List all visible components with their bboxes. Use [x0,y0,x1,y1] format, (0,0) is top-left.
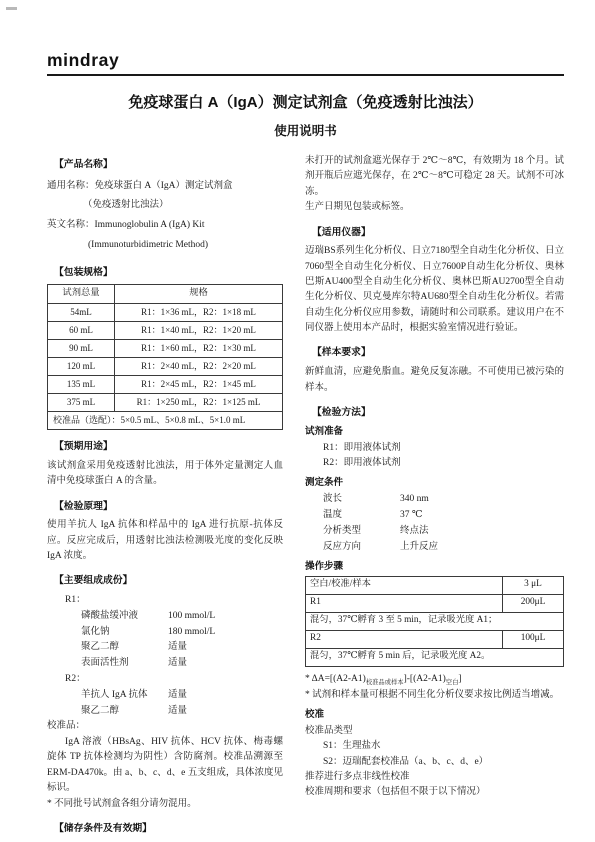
table-note-row: 混匀，37℃孵育 5 min 后，记录吸光度 A2。 [306,648,564,666]
english-name-line2: (Immunoturbidimetric Method) [47,236,283,256]
qty-cell: 54mL [48,303,115,321]
table-row: R2 100μL [306,630,564,648]
heading-applicable-instruments: 【适用仪器】 [305,226,564,240]
packaging-header-row: 试剂总量 规格 [48,285,283,303]
qty-cell: 375 mL [48,394,115,412]
page-header: mindray [47,50,564,76]
ingredient-name: 羊抗人 IgA 抗体 [47,688,168,704]
formula-subscript: 校准品或样本 [366,679,404,686]
volume-adjustment-note: * 试剂和样本量可根据不同生化分析仪要求按比例适当增减。 [305,688,564,703]
composition-row: 氯化钠 180 mmol/L [47,625,283,641]
calibrator-type-label: 校准品类型 [305,724,564,739]
step-label: 空白/校准/样本 [306,576,503,594]
condition-value: 340 nm [400,492,564,508]
condition-row: 温度 37 ℃ [305,508,564,524]
formula-part: * ΔA=[(A2-A1) [305,674,366,684]
ingredient-value: 适量 [168,640,283,656]
mindray-logo: mindray [47,50,119,70]
ingredient-name: 聚乙二醇 [47,704,168,720]
ingredient-name: 磷酸盐缓冲液 [47,609,168,625]
ingredient-value: 100 mmol/L [168,609,283,625]
delta-a-formula: * ΔA=[(A2-A1)校准品或样本]-[(A2-A1)空白] [305,671,564,689]
step-label: R2 [306,630,503,648]
heading-storage-conditions: 【储存条件及有效期】 [47,822,283,836]
operation-steps-table: 空白/校准/样本 3 μL R1 200μL 混匀，37℃孵育 3 至 5 mi… [305,576,564,667]
step-label: R1 [306,594,503,612]
spec-cell: R1：2×40 mL，R2：2×20 mL [115,358,283,376]
heading-test-method: 【检验方法】 [305,406,564,420]
storage-text-continued: 未打开的试剂盒遮光保存于 2℃～8℃，有效期为 18 个月。试剂开瓶后应遮光保存… [305,154,564,200]
calibrator-description: IgA 溶液（HBsAg、HIV 抗体、HCV 抗体、梅毒螺旋体 TP 抗体检测… [47,735,283,797]
packaging-col-spec: 规格 [115,285,283,303]
composition-row: 磷酸盐缓冲液 100 mmol/L [47,609,283,625]
heading-composition: 【主要组成成份】 [47,574,283,588]
condition-value: 上升反应 [400,540,564,556]
english-name-line1: 英文名称：Immunoglobulin A (IgA) Kit [47,216,283,236]
lot-mixing-note: * 不同批号试剂盒各组分请勿混用。 [47,797,283,812]
step-volume: 100μL [503,630,564,648]
r1-label: R1： [47,593,283,609]
spec-cell: R1：1×250 mL，R2：1×125 mL [115,394,283,412]
heading-intended-use: 【预期用途】 [47,440,283,454]
ingredient-value: 适量 [168,656,283,672]
heading-packaging-spec: 【包装规格】 [47,266,283,280]
incubation-note-2: 混匀，37℃孵育 5 min 后，记录吸光度 A2。 [306,648,564,666]
qty-cell: 120 mL [48,358,115,376]
qty-cell: 60 mL [48,321,115,339]
scan-artifact-mark [6,7,17,10]
condition-row: 反应方向 上升反应 [305,540,564,556]
calibrator-option-cell: 校准品（选配）：5×0.5 mL、5×0.8 mL、5×1.0 mL [48,412,283,430]
table-row: 90 mL R1：1×60 mL，R2：1×30 mL [48,339,283,357]
ingredient-name: 聚乙二醇 [47,640,168,656]
r2-label: R2： [47,672,283,688]
calibrator-s2: S2：迈瑞配套校准品（a、b、c、d、e） [305,755,564,770]
condition-name: 温度 [305,508,400,524]
subheading-measurement-conditions: 测定条件 [305,476,564,490]
table-row: 60 mL R1：1×40 mL，R2：1×20 mL [48,321,283,339]
formula-part: ] [458,674,461,684]
test-principle-text: 使用羊抗人 IgA 抗体和样品中的 IgA 进行抗原-抗体反应。反应完成后，用透… [47,518,283,564]
calibrator-label: 校准品： [47,719,283,735]
product-name-block: 通用名称：免疫球蛋白 A（IgA）测定试剂盒 （免疫透射比浊法） 英文名称：Im… [47,177,283,256]
page-subtitle: 使用说明书 [47,121,564,139]
qty-cell: 90 mL [48,339,115,357]
right-column: 未打开的试剂盒遮光保存于 2℃～8℃，有效期为 18 个月。试剂开瓶后应遮光保存… [305,154,564,841]
ingredient-name: 氯化钠 [47,625,168,641]
reagent-prep-item: R2：即用液体试剂 [305,456,564,471]
subheading-reagent-preparation: 试剂准备 [305,425,564,439]
reagent-prep-item: R1：即用液体试剂 [305,441,564,456]
composition-row: 羊抗人 IgA 抗体 适量 [47,688,283,704]
instruction-sheet-page: mindray 免疫球蛋白 A（IgA）测定试剂盒（免疫透射比浊法） 使用说明书… [0,0,595,842]
two-column-body: 【产品名称】 通用名称：免疫球蛋白 A（IgA）测定试剂盒 （免疫透射比浊法） … [47,154,564,841]
calibration-cycle: 校准周期和要求（包括但不限于以下情况） [305,785,564,800]
condition-name: 反应方向 [305,540,400,556]
qty-cell: 135 mL [48,376,115,394]
heading-test-principle: 【检验原理】 [47,500,283,514]
generic-name-line1: 通用名称：免疫球蛋白 A（IgA）测定试剂盒 [47,177,283,197]
condition-row: 分析类型 终点法 [305,524,564,540]
spec-cell: R1：1×60 mL，R2：1×30 mL [115,339,283,357]
heading-product-name: 【产品名称】 [47,158,283,172]
left-column: 【产品名称】 通用名称：免疫球蛋白 A（IgA）测定试剂盒 （免疫透射比浊法） … [47,154,283,841]
composition-row: 聚乙二醇 适量 [47,640,283,656]
table-row: R1 200μL [306,594,564,612]
condition-name: 波长 [305,492,400,508]
step-volume: 200μL [503,594,564,612]
page-title: 免疫球蛋白 A（IgA）测定试剂盒（免疫透射比浊法） [47,91,564,112]
production-date-text: 生产日期见包装或标签。 [305,200,564,215]
ingredient-value: 适量 [168,688,283,704]
composition-row: 聚乙二醇 适量 [47,704,283,720]
table-row: 120 mL R1：2×40 mL，R2：2×20 mL [48,358,283,376]
sample-requirements-text: 新鲜血清，应避免脂血。避免反复冻融。不可使用已被污染的样本。 [305,365,564,396]
calibrator-s1: S1：生理盐水 [305,739,564,754]
composition-row: 表面活性剂 适量 [47,656,283,672]
intended-use-text: 该试剂盒采用免疫透射比浊法，用于体外定量测定人血清中免疫球蛋白 A 的含量。 [47,459,283,490]
subheading-operation-steps: 操作步骤 [305,560,564,574]
step-volume: 3 μL [503,576,564,594]
subheading-calibration: 校准 [305,708,564,722]
generic-name-line2: （免疫透射比浊法） [47,196,283,216]
incubation-note-1: 混匀，37℃孵育 3 至 5 min，记录吸光度 A1； [306,612,564,630]
condition-value: 终点法 [400,524,564,540]
heading-sample-requirements: 【样本要求】 [305,346,564,360]
spec-cell: R1：2×45 mL，R2：1×45 mL [115,376,283,394]
formula-subscript: 空白 [446,679,459,686]
packaging-table: 试剂总量 规格 54mL R1：1×36 mL，R2：1×18 mL 60 mL… [47,284,283,430]
ingredient-value: 180 mmol/L [168,625,283,641]
condition-value: 37 ℃ [400,508,564,524]
applicable-instruments-text: 迈瑞BS系列生化分析仪、日立7180型全自动生化分析仪、日立7060型全自动生化… [305,244,564,336]
calibration-recommendation: 推荐进行多点非线性校准 [305,770,564,785]
ingredient-name: 表面活性剂 [47,656,168,672]
table-row: 54mL R1：1×36 mL，R2：1×18 mL [48,303,283,321]
packaging-footer-row: 校准品（选配）：5×0.5 mL、5×0.8 mL、5×1.0 mL [48,412,283,430]
spec-cell: R1：1×36 mL，R2：1×18 mL [115,303,283,321]
table-row: 空白/校准/样本 3 μL [306,576,564,594]
ingredient-value: 适量 [168,704,283,720]
spec-cell: R1：1×40 mL，R2：1×20 mL [115,321,283,339]
table-note-row: 混匀，37℃孵育 3 至 5 min，记录吸光度 A1； [306,612,564,630]
condition-row: 波长 340 nm [305,492,564,508]
table-row: 135 mL R1：2×45 mL，R2：1×45 mL [48,376,283,394]
table-row: 375 mL R1：1×250 mL，R2：1×125 mL [48,394,283,412]
packaging-col-qty: 试剂总量 [48,285,115,303]
formula-part: ]-[(A2-A1) [404,674,446,684]
condition-name: 分析类型 [305,524,400,540]
